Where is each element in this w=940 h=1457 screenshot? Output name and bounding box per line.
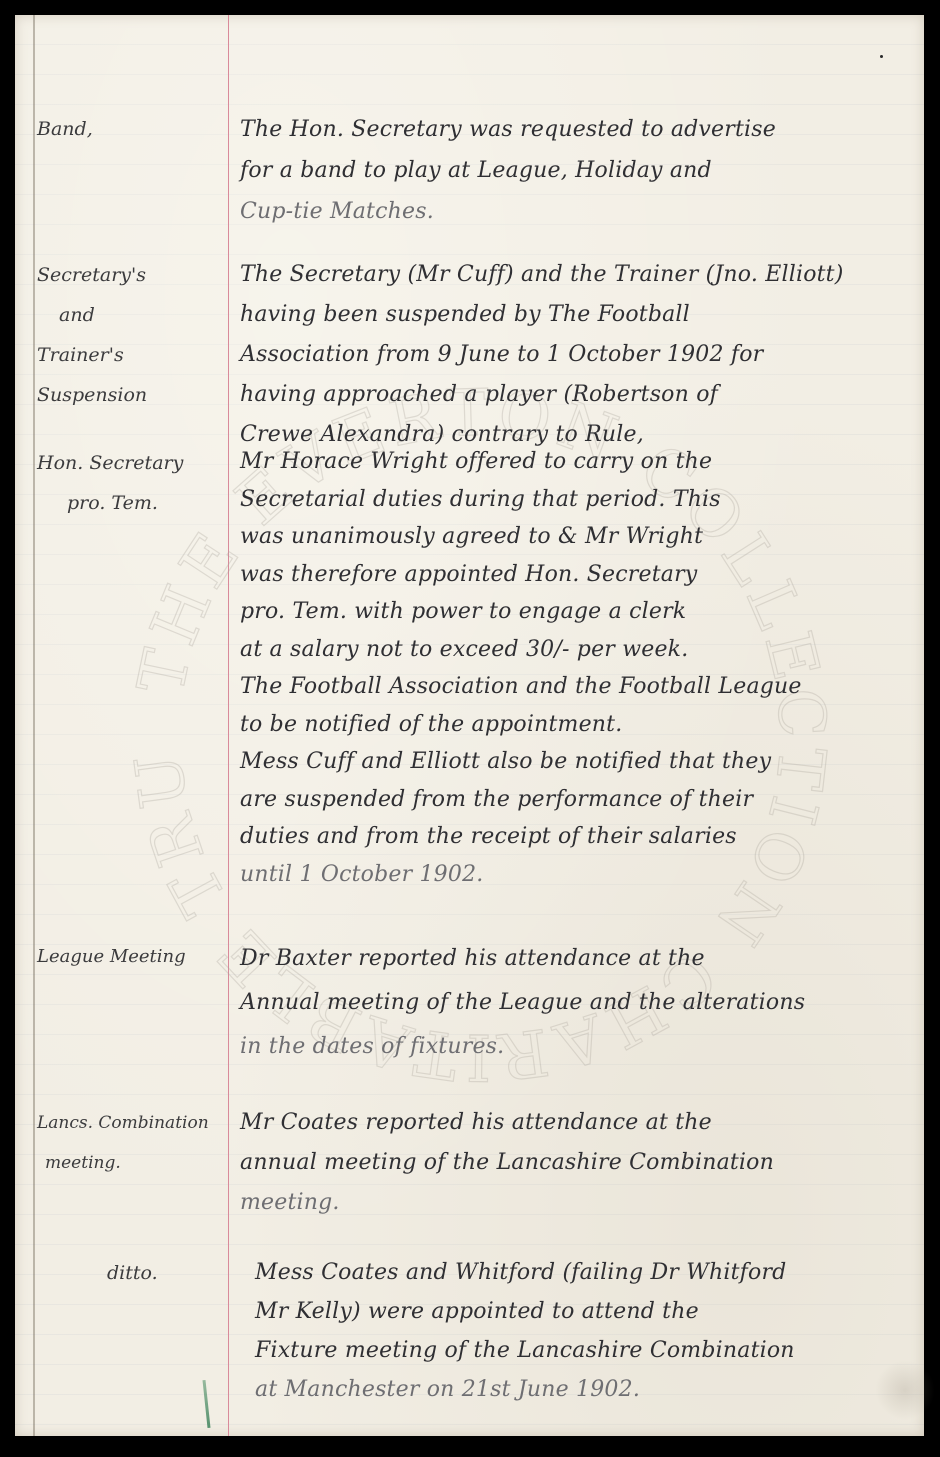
margin-heading: Secretary's and Trainer's Suspension: [37, 255, 225, 415]
minute-text: Mr Horace Wright offered to carry on the…: [240, 443, 920, 893]
paper-smudge: [875, 1360, 935, 1420]
ink-dot: [880, 55, 883, 58]
margin-heading: ditto.: [37, 1253, 225, 1293]
minute-text: The Hon. Secretary was requested to adve…: [240, 109, 920, 232]
margin-heading: League Meeting: [37, 937, 225, 977]
minute-text: Mr Coates reported his attendance at the…: [240, 1103, 920, 1223]
minute-text: The Secretary (Mr Cuff) and the Trainer …: [240, 255, 920, 455]
red-margin-rule: [228, 15, 229, 1436]
margin-heading: Hon. Secretary pro. Tem.: [37, 443, 225, 523]
margin-heading: Band,: [37, 107, 225, 151]
pencil-tick-mark: [202, 1380, 210, 1428]
minute-text: Mess Coates and Whitford (failing Dr Whi…: [255, 1253, 935, 1409]
minute-text: Dr Baxter reported his attendance at the…: [240, 937, 920, 1069]
binding-line: [33, 15, 35, 1436]
margin-heading: Lancs. Combination meeting.: [37, 1103, 225, 1183]
ledger-page: THE EVERTON COLLECTION CHARITABLE TRUST …: [15, 15, 924, 1436]
